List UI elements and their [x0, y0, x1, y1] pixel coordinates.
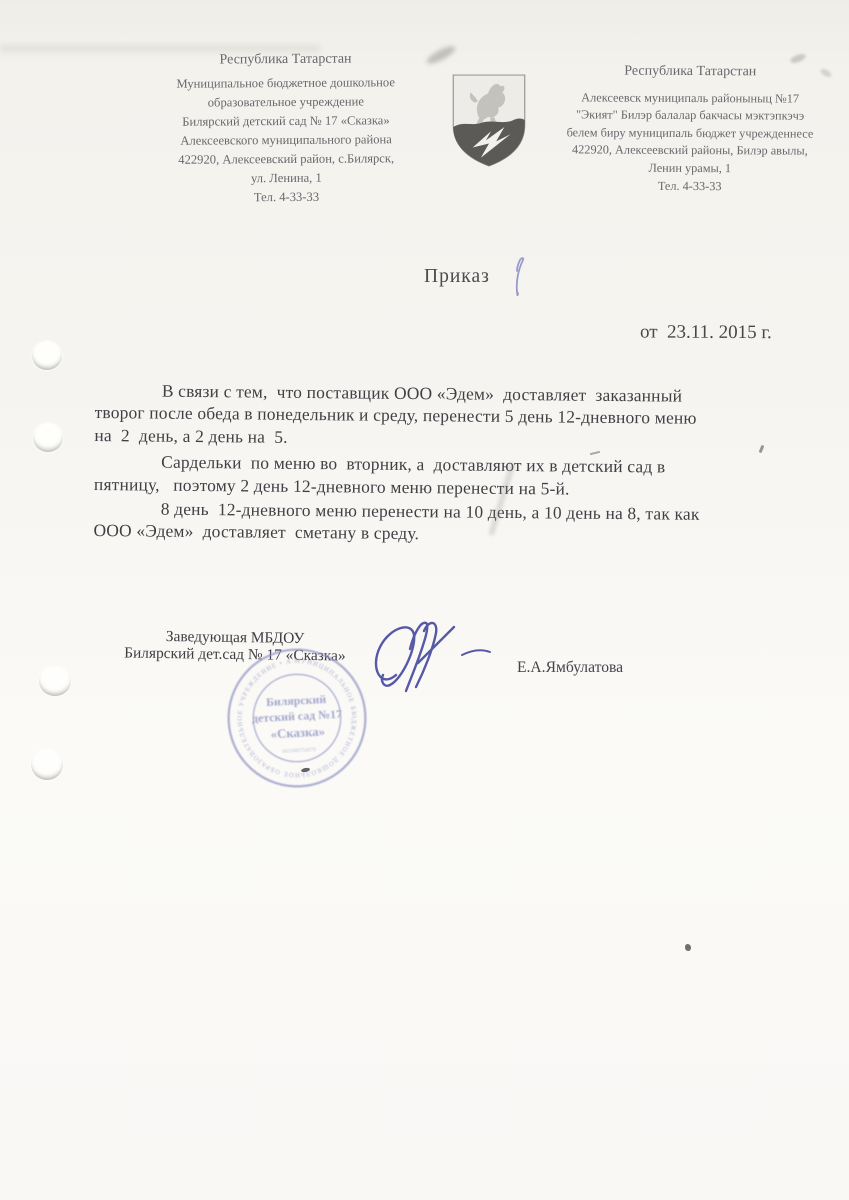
paragraph: В связи с тем, что поставщик ООО «Эдем» … [94, 379, 805, 453]
paragraph: 8 день 12-дневного меню перенести на 10 … [93, 497, 803, 549]
stamp-center-line: детский сад №17 [252, 707, 343, 726]
handwritten-signature [366, 615, 496, 701]
letterhead-line: образовательное учреждение [168, 92, 404, 113]
letterhead-line: Республика Татарстан [556, 62, 824, 81]
scan-speck [685, 944, 691, 951]
punch-hole [33, 423, 63, 452]
letterhead-line: ул. Ленина, 1 [168, 168, 404, 189]
letterhead-line: Тел. 4-33-33 [168, 187, 404, 208]
punch-hole [32, 341, 62, 370]
letterhead-line: "Экият" Билэр балалар бакчасы мэктэпкэчэ [556, 106, 824, 125]
paragraph: Сардельки по меню во вторник, а доставля… [94, 450, 804, 502]
letterhead-line: Тел. 4-33-33 [556, 177, 824, 196]
letterhead-line: Билярский детский сад № 17 «Сказка» [168, 111, 404, 132]
letterhead-line: Муниципальное бюджетное дошкольное [168, 73, 404, 94]
letterhead-line: 422920, Алексеевский районы, Билэр авылы… [556, 142, 824, 161]
letterhead-line: белем биру муниципаль бюджет учрежденнес… [556, 124, 824, 143]
stamp-number: 1021605754579 [282, 747, 317, 755]
scanned-order-document: Республика Татарстан Муниципальное бюдже… [0, 0, 849, 1200]
letterhead-line: Алексеевского муниципального района [168, 130, 404, 151]
letterhead-line: 422920, Алексеевский район, с.Билярск, [168, 149, 404, 170]
letterhead-line: Республика Татарстан [167, 49, 403, 70]
stamp-center-line: Билярский [266, 692, 327, 709]
letterhead-russian: Республика Татарстан Муниципальное бюдже… [167, 49, 404, 208]
order-date: от 23.11. 2015 г. [640, 321, 840, 344]
punch-hole [39, 666, 71, 696]
letterhead-line: Алексеевск муниципаль районыныц №17 [556, 89, 824, 108]
punch-hole [31, 749, 63, 780]
letterhead-tatar: Республика Татарстан Алексеевск муниципа… [556, 62, 825, 196]
handwritten-order-number [503, 252, 537, 300]
order-body: В связи с тем, что поставщик ООО «Эдем» … [93, 379, 805, 549]
coat-of-arms-icon [446, 72, 532, 170]
scan-smudge [425, 43, 458, 67]
official-round-stamp: МУНИЦИПАЛЬНОЕ БЮДЖЕТНОЕ ДОШКОЛЬНОЕ ОБРАЗ… [217, 638, 377, 798]
order-title: Приказ [424, 266, 490, 288]
signer-name: Е.А.Ямбулатова [517, 659, 623, 677]
letterhead-line: Ленин урамы, 1 [556, 159, 824, 178]
stamp-center-line: «Сказка» [270, 725, 325, 742]
